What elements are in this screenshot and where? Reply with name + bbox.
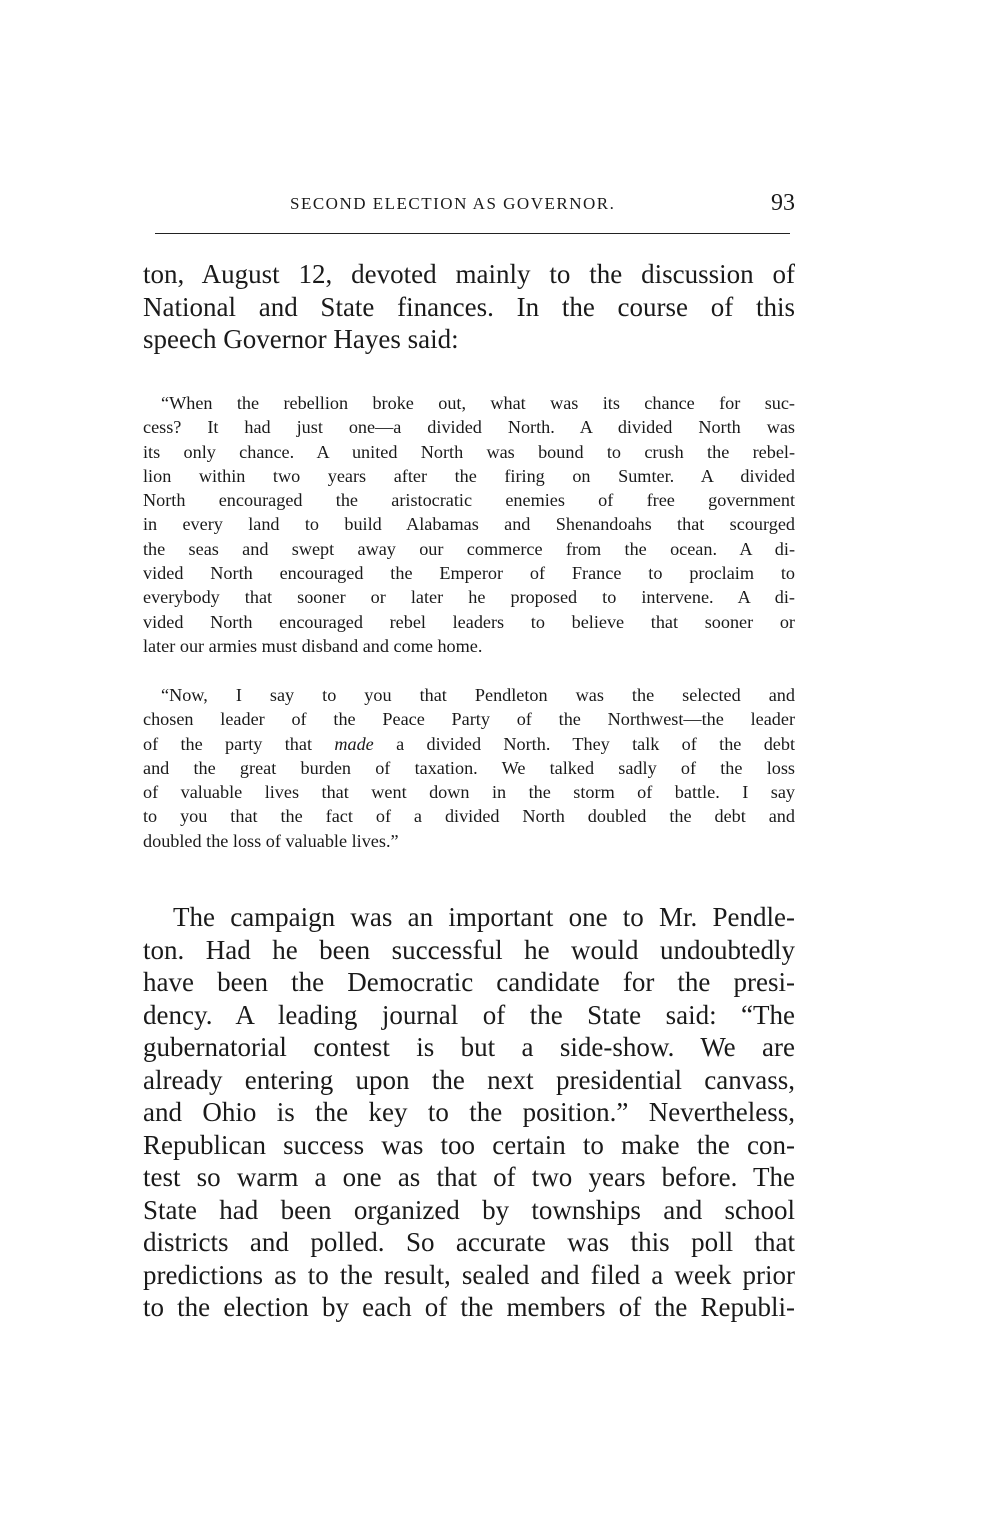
text-line: to the election by each of the members o… bbox=[143, 1291, 795, 1324]
text-line: dency. A leading journal of the State sa… bbox=[143, 999, 795, 1032]
text-line: test so warm a one as that of two years … bbox=[143, 1161, 795, 1194]
text-line: State had been organized by townships an… bbox=[143, 1194, 795, 1227]
main-paragraph: The campaign was an important one to Mr.… bbox=[143, 901, 795, 1324]
quote-line: of the party that made a divided North. … bbox=[143, 732, 795, 756]
quote-line: chosen leader of the Peace Party of the … bbox=[143, 707, 795, 731]
text-line: speech Governor Hayes said: bbox=[143, 323, 795, 356]
text-line: predictions as to the result, sealed and… bbox=[143, 1259, 795, 1292]
running-head: SECOND ELECTION AS GOVERNOR. 93 bbox=[185, 194, 795, 224]
quote-line: doubled the loss of valuable lives.” bbox=[143, 829, 795, 853]
header-rule bbox=[155, 233, 790, 234]
quote-line: and the great burden of taxation. We tal… bbox=[143, 756, 795, 780]
book-page: SECOND ELECTION AS GOVERNOR. 93 ton, Aug… bbox=[0, 0, 1000, 1517]
quote-line: to you that the fact of a divided North … bbox=[143, 804, 795, 828]
quote-line: in every land to build Alabamas and Shen… bbox=[143, 512, 795, 536]
text-line: ton. Had he been successful he would und… bbox=[143, 934, 795, 967]
text-line: and Ohio is the key to the position.” Ne… bbox=[143, 1096, 795, 1129]
text-line: ton, August 12, devoted mainly to the di… bbox=[143, 258, 795, 291]
block-quote-2: “Now, I say to you that Pendleton was th… bbox=[143, 683, 795, 853]
quote-line: cess? It had just one—a divided North. A… bbox=[143, 415, 795, 439]
text-line: gubernatorial contest is but a side-show… bbox=[143, 1031, 795, 1064]
quote-fragment: of the party that bbox=[143, 734, 312, 754]
intro-paragraph: ton, August 12, devoted mainly to the di… bbox=[143, 258, 795, 356]
quote-fragment: a divided North. They talk of the debt bbox=[396, 734, 795, 754]
quote-line: “Now, I say to you that Pendleton was th… bbox=[143, 683, 795, 707]
quote-line: North encouraged the aristocratic enemie… bbox=[143, 488, 795, 512]
quote-line: the seas and swept away our commerce fro… bbox=[143, 537, 795, 561]
quote-line: vided North encouraged rebel leaders to … bbox=[143, 610, 795, 634]
text-line: The campaign was an important one to Mr.… bbox=[143, 901, 795, 934]
quote-line: its only chance. A united North was boun… bbox=[143, 440, 795, 464]
quote-line: everybody that sooner or later he propos… bbox=[143, 585, 795, 609]
quote-line: “When the rebellion broke out, what was … bbox=[143, 391, 795, 415]
text-line: already entering upon the next president… bbox=[143, 1064, 795, 1097]
running-title: SECOND ELECTION AS GOVERNOR. bbox=[290, 194, 615, 214]
emphasized-word: made bbox=[334, 734, 373, 754]
text-line: National and State finances. In the cour… bbox=[143, 291, 795, 324]
page-number: 93 bbox=[771, 190, 795, 217]
text-line: districts and polled. So accurate was th… bbox=[143, 1226, 795, 1259]
text-line: have been the Democratic candidate for t… bbox=[143, 966, 795, 999]
quote-line: of valuable lives that went down in the … bbox=[143, 780, 795, 804]
text-line: Republican success was too certain to ma… bbox=[143, 1129, 795, 1162]
block-quote-1: “When the rebellion broke out, what was … bbox=[143, 391, 795, 658]
quote-line: later our armies must disband and come h… bbox=[143, 634, 795, 658]
quote-line: lion within two years after the firing o… bbox=[143, 464, 795, 488]
quote-line: vided North encouraged the Emperor of Fr… bbox=[143, 561, 795, 585]
